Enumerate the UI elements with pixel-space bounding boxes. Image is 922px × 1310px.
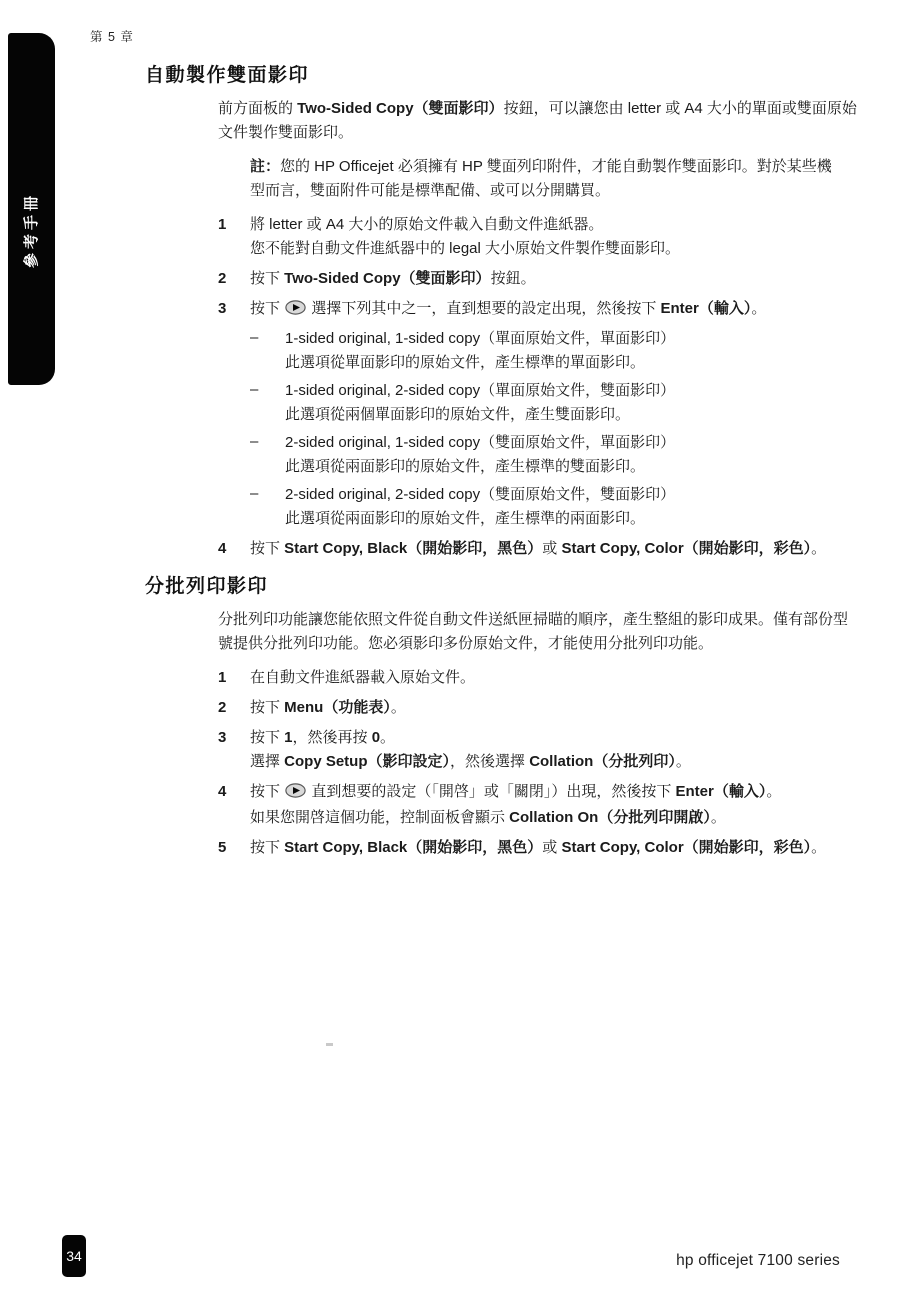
text: 或: [542, 839, 561, 856]
bold-text: 0: [372, 729, 380, 746]
text: 1-sided original, 1-sided copy（單面原始文件，單面…: [285, 330, 675, 347]
option-desc: 此選項從兩面影印的原始文件，產生標準的雙面影印。: [285, 455, 860, 479]
chapter-label: 第 5 章: [90, 25, 134, 49]
step-item: 3按下 選擇下列其中之一，直到想要的設定出現，然後按下 Enter（輸入）。: [250, 297, 860, 323]
text: 。: [751, 300, 766, 317]
bold-text: Collation（分批列印）: [529, 753, 676, 770]
option-dash: –: [250, 326, 258, 350]
option-dash: –: [250, 430, 258, 454]
step-number: 1: [218, 666, 226, 690]
text: 此選項從單面影印的原始文件，產生標準的單面影印。: [285, 354, 645, 371]
step-cont: 如果您開啓這個功能，控制面板會顯示 Collation On（分批列印開啟）。: [250, 806, 860, 830]
text: ，然後選擇: [450, 753, 529, 770]
step-number: 2: [218, 267, 226, 291]
bold-text: Start Copy, Color（開始影印，彩色）: [561, 540, 811, 557]
note: 註：您的 HP Officejet 必須擁有 HP 雙面列印附件，才能自動製作雙…: [250, 155, 838, 203]
footer-product-name: hp officejet 7100 series: [676, 1249, 840, 1273]
option-desc: 此選項從兩面影印的原始文件，產生標準的兩面影印。: [285, 507, 860, 531]
text: 1-sided original, 2-sided copy（單面原始文件，雙面…: [285, 382, 675, 399]
step-number: 4: [218, 780, 226, 804]
step-number: 3: [218, 726, 226, 750]
bold-text: Start Copy, Black（開始影印，黑色）: [284, 839, 542, 856]
text: 此選項從兩面影印的原始文件，產生標準的雙面影印。: [285, 458, 645, 475]
bold-text: Menu（功能表）: [284, 699, 391, 716]
text: 或: [542, 540, 561, 557]
bold-text: Enter（輸入）: [676, 783, 767, 800]
right-arrow-button-icon: [285, 299, 306, 323]
step-item: 1將 letter 或 A4 大小的原始文件載入自動文件進紙器。: [250, 213, 860, 237]
text: 您不能對自動文件進紙器中的 legal 大小原始文件製作雙面影印。: [250, 240, 680, 257]
text: 。: [391, 699, 406, 716]
manual-page: 第 5 章 參考手冊 自動製作雙面影印前方面板的 Two-Sided Copy（…: [0, 0, 922, 1310]
text: ，然後再按: [293, 729, 372, 746]
text: 按下: [250, 839, 284, 856]
step-number: 4: [218, 537, 226, 561]
step-item: 1在自動文件進紙器載入原始文件。: [250, 666, 860, 690]
section-title: 分批列印影印: [145, 575, 862, 599]
text: 此選項從兩個單面影印的原始文件，產生雙面影印。: [285, 406, 630, 423]
text: 按下: [250, 270, 284, 287]
text: 。: [676, 753, 691, 770]
para: 前方面板的 Two-Sided Copy（雙面影印）按鈕，可以讓您由 lette…: [218, 97, 860, 145]
bold-text: Copy Setup（影印設定）: [284, 753, 450, 770]
text: 分批列印功能讓您能依照文件從自動文件送紙匣掃瞄的順序，產生整組的影印成果。僅有部…: [218, 611, 848, 652]
step-cont: 選擇 Copy Setup（影印設定），然後選擇 Collation（分批列印）…: [250, 750, 860, 774]
option: –2-sided original, 2-sided copy（雙面原始文件，雙…: [285, 483, 860, 507]
bold-text: Enter（輸入）: [661, 300, 752, 317]
right-arrow-button-icon: [285, 782, 306, 806]
page-number-badge: 34: [62, 1235, 86, 1277]
step-item: 2按下 Two-Sided Copy（雙面影印）按鈕。: [250, 267, 860, 291]
text: 您的 HP Officejet 必須擁有 HP 雙面列印附件，才能自動製作雙面影…: [250, 158, 832, 199]
text: 如果您開啓這個功能，控制面板會顯示: [250, 809, 509, 826]
text: 。: [380, 729, 395, 746]
option: –2-sided original, 1-sided copy（雙面原始文件，單…: [285, 431, 860, 455]
text: 此選項從兩面影印的原始文件，產生標準的兩面影印。: [285, 510, 645, 527]
text: 直到想要的設定（「開啓」或「關閉」）出現，然後按下: [307, 783, 675, 800]
step-cont: 您不能對自動文件進紙器中的 legal 大小原始文件製作雙面影印。: [250, 237, 860, 261]
text: 按下: [250, 540, 284, 557]
option-desc: 此選項從兩個單面影印的原始文件，產生雙面影印。: [285, 403, 860, 427]
bold-text: 註：: [250, 158, 280, 175]
bold-text: Collation On（分批列印開啟）: [509, 809, 711, 826]
text: 選擇: [250, 753, 284, 770]
option: –1-sided original, 1-sided copy（單面原始文件，單…: [285, 327, 860, 351]
section-title: 自動製作雙面影印: [145, 64, 862, 88]
step-number: 3: [218, 297, 226, 321]
text: 2-sided original, 2-sided copy（雙面原始文件，雙面…: [285, 486, 675, 503]
text: 。: [711, 809, 726, 826]
page-number: 34: [66, 1244, 82, 1268]
para: 分批列印功能讓您能依照文件從自動文件送紙匣掃瞄的順序，產生整組的影印成果。僅有部…: [218, 608, 860, 656]
step-item: 2按下 Menu（功能表）。: [250, 696, 860, 720]
text: 按下: [250, 699, 284, 716]
text: 。: [811, 839, 826, 856]
bold-text: Two-Sided Copy（雙面影印）: [297, 100, 503, 117]
text: 按鈕。: [491, 270, 536, 287]
text: 按下: [250, 729, 284, 746]
text: 將 letter 或 A4 大小的原始文件載入自動文件進紙器。: [250, 216, 603, 233]
step-item: 5按下 Start Copy, Black（開始影印，黑色）或 Start Co…: [250, 836, 860, 860]
step-number: 2: [218, 696, 226, 720]
option-dash: –: [250, 482, 258, 506]
option-dash: –: [250, 378, 258, 402]
option-desc: 此選項從單面影印的原始文件，產生標準的單面影印。: [285, 351, 860, 375]
section: 自動製作雙面影印前方面板的 Two-Sided Copy（雙面影印）按鈕，可以讓…: [0, 64, 922, 561]
text: 。: [811, 540, 826, 557]
section: 分批列印影印分批列印功能讓您能依照文件從自動文件送紙匣掃瞄的順序，產生整組的影印…: [0, 575, 922, 860]
text: 在自動文件進紙器載入原始文件。: [250, 669, 475, 686]
step-item: 4按下 Start Copy, Black（開始影印，黑色）或 Start Co…: [250, 537, 860, 561]
bold-text: Start Copy, Color（開始影印，彩色）: [561, 839, 811, 856]
step-number: 1: [218, 213, 226, 237]
text: 前方面板的: [218, 100, 297, 117]
text: 按下: [250, 300, 284, 317]
bold-text: Two-Sided Copy（雙面影印）: [284, 270, 490, 287]
document-body: 自動製作雙面影印前方面板的 Two-Sided Copy（雙面影印）按鈕，可以讓…: [0, 64, 922, 860]
text: 2-sided original, 1-sided copy（雙面原始文件，單面…: [285, 434, 675, 451]
step-number: 5: [218, 836, 226, 860]
bold-text: 1: [284, 729, 292, 746]
text: 按下: [250, 783, 284, 800]
step-item: 4按下 直到想要的設定（「開啓」或「關閉」）出現，然後按下 Enter（輸入）。: [250, 780, 860, 806]
text: 選擇下列其中之一，直到想要的設定出現，然後按下: [307, 300, 660, 317]
step-item: 3按下 1，然後再按 0。: [250, 726, 860, 750]
scan-artifact: [326, 1043, 333, 1046]
bold-text: Start Copy, Black（開始影印，黑色）: [284, 540, 542, 557]
text: 。: [766, 783, 781, 800]
option: –1-sided original, 2-sided copy（單面原始文件，雙…: [285, 379, 860, 403]
